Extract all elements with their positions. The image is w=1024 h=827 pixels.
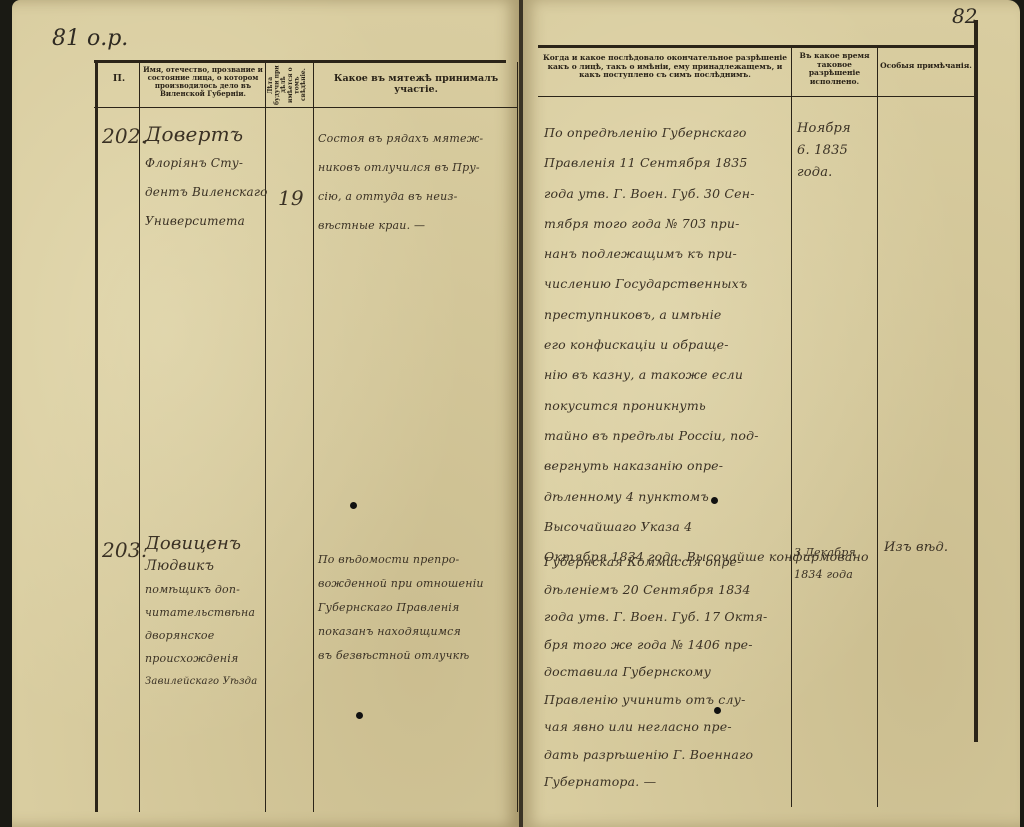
left-folio-number: 81 о.р. (52, 26, 128, 51)
entry-notes: Изъ вѣд. (884, 540, 948, 555)
left-border-rule (95, 62, 98, 812)
col-rule-participation (517, 62, 518, 812)
entry-name-line: происхожденія (145, 647, 257, 670)
resolution-line: года утв. Г. Воен. Губ. 17 Октя- (544, 603, 767, 631)
entry-name-line: Завилейскаго Уѣзда (145, 670, 257, 693)
resolution-line: Правленію учинить отъ слу- (544, 686, 767, 714)
entry-surname: Довертъ (145, 120, 268, 149)
col-rule-age (313, 62, 314, 812)
entry-executed: 3 Декабря 1834 года (794, 542, 856, 586)
resolution-line: его конфискаціи и обраще- (544, 330, 869, 360)
executed-line: года. (797, 162, 851, 184)
participation-line: сію, а оттуда въ неиз- (318, 182, 483, 211)
entry-name-line: читательствѣна (145, 601, 257, 624)
resolution-line: бря того же года № 1406 пре- (544, 631, 767, 659)
resolution-line: преступниковъ, а имѣніе (544, 300, 869, 330)
entry-participation: Состоя въ рядахъ мятеж- никовъ отлучился… (318, 124, 483, 240)
right-border-rule (974, 20, 978, 742)
executed-line: 3 Декабря (794, 542, 856, 564)
header-resolution: Когда и какое послѣдовало окончательное … (540, 54, 790, 80)
resolution-line: числению Государственныхъ (544, 269, 869, 299)
entry-resolution: По опредѣленію Губернскаго Правленія 11 … (544, 118, 869, 572)
entry-name-line: Людвикъ (145, 555, 257, 578)
resolution-line: чая явно или негласно пре- (544, 713, 767, 741)
participation-line: Губернскаго Правленія (318, 596, 484, 620)
participation-line: въ безвѣстной отлучкѣ (318, 644, 484, 668)
participation-line: вѣстные краи. — (318, 211, 483, 240)
binding-hole (350, 502, 357, 509)
header-bottom-rule-left (94, 107, 518, 108)
book-gutter (519, 0, 523, 827)
entry-age: 19 (278, 186, 304, 210)
entry-surname: Довиценъ (145, 532, 257, 555)
binding-hole (714, 707, 721, 714)
entry-number: 203. (102, 538, 147, 562)
top-rule-right (538, 45, 978, 48)
entry-executed: Ноября 6. 1835 года. (797, 118, 851, 184)
resolution-line: дать разрѣшенію Г. Военнаго (544, 741, 767, 769)
participation-line: Состоя въ рядахъ мятеж- (318, 124, 483, 153)
participation-line: По вѣдомости препро- (318, 548, 484, 572)
resolution-line: тября того года № 703 при- (544, 209, 869, 239)
col-rule-executed (877, 47, 878, 807)
executed-line: Ноября (797, 118, 851, 140)
participation-line: вожденной при отношеніи (318, 572, 484, 596)
resolution-line: вергнуть наказанію опре- (544, 451, 869, 481)
executed-line: 1834 года (794, 564, 856, 586)
resolution-line: покусится проникнуть (544, 391, 869, 421)
resolution-line: Губернская Коммиссія опре- (544, 548, 767, 576)
resolution-line: доставила Губернскому (544, 658, 767, 686)
resolution-line: дѣленіемъ 20 Сентября 1834 (544, 576, 767, 604)
resolution-line: нію въ казну, а такоже если (544, 360, 869, 390)
entry-name: Довертъ Флоріянъ Сту- дентъ Виленскаго У… (145, 120, 268, 236)
header-number: П. (100, 74, 138, 85)
entry-name-line: Флоріянъ Сту- (145, 149, 268, 178)
entry-name-line: дентъ Виленскаго (145, 178, 268, 207)
resolution-line: тайно въ предѣлы Россіи, под- (544, 421, 869, 451)
entry-name-line: Университета (145, 207, 268, 236)
participation-line: показанъ находящимся (318, 620, 484, 644)
entry-name: Довиценъ Людвикъ помѣщикъ доп- читательс… (145, 532, 257, 693)
binding-hole (711, 497, 718, 504)
col-rule-number (139, 62, 140, 812)
header-age: Лѣта будучи при дѣлѣ имѣется о томъ свѣд… (268, 64, 312, 106)
resolution-line: Губернатора. — (544, 768, 767, 796)
header-bottom-rule-right (538, 96, 978, 97)
header-participation: Какое въ мятежѣ принималъ участіе. (316, 74, 516, 96)
top-rule-left (94, 60, 506, 63)
entry-participation: По вѣдомости препро- вожденной при отнош… (318, 548, 484, 668)
header-executed: Въ какое время таковое разрѣшеніе исполн… (793, 52, 876, 87)
header-name: Имя, отечество, прозвание и состояние ли… (142, 66, 264, 98)
participation-line: никовъ отлучился въ Пру- (318, 153, 483, 182)
binding-hole (356, 712, 363, 719)
entry-resolution: Губернская Коммиссія опре- дѣленіемъ 20 … (544, 548, 767, 796)
executed-line: 6. 1835 (797, 140, 851, 162)
entry-number: 202. (102, 124, 147, 148)
resolution-line: дѣленному 4 пунктомъ (544, 482, 869, 512)
header-notes: Особыя примѣчанія. (879, 62, 973, 71)
entry-name-line: дворянское (145, 624, 257, 647)
entry-name-line: помѣщикъ доп- (145, 578, 257, 601)
resolution-line: нанъ подлежащимъ къ при- (544, 239, 869, 269)
resolution-line: Высочайшаго Указа 4 (544, 512, 869, 542)
